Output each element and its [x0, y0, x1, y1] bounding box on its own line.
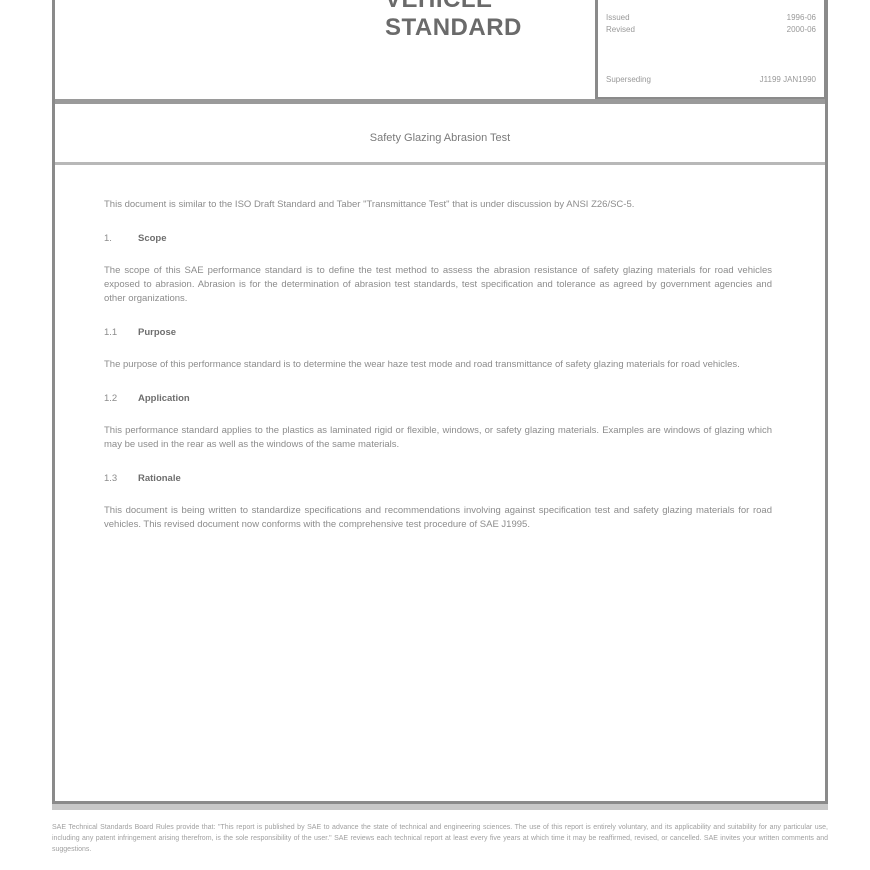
section-heading: 1.Scope	[104, 232, 772, 246]
legal-footer: SAE Technical Standards Board Rules prov…	[52, 822, 828, 855]
intro-paragraph: This document is similar to the ISO Draf…	[104, 198, 772, 212]
section-body: The purpose of this performance standard…	[104, 358, 772, 372]
standard-title: VEHICLE STANDARD	[385, 0, 522, 42]
document-body: This document is similar to the ISO Draf…	[104, 198, 772, 552]
section-body: This document is being written to standa…	[104, 504, 772, 532]
section-body: The scope of this SAE performance standa…	[104, 264, 772, 306]
frame-bottom-edge	[52, 804, 828, 810]
section-heading: 1.1Purpose	[104, 326, 772, 340]
document-title-band: Safety Glazing Abrasion Test	[55, 104, 825, 164]
title-line-2: STANDARD	[385, 14, 522, 42]
document-header: VEHICLE STANDARD Issued 1996-06 Revised …	[55, 0, 825, 100]
info-issued: Issued 1996-06	[606, 13, 816, 22]
title-divider	[55, 162, 825, 165]
info-revised: Revised 2000-06	[606, 25, 816, 34]
section-heading: 1.3Rationale	[104, 472, 772, 486]
title-line-1: VEHICLE	[385, 0, 522, 14]
document-info-box: Issued 1996-06 Revised 2000-06 Supersedi…	[595, 0, 827, 100]
info-superseding: Superseding J1199 JAN1990	[606, 75, 816, 84]
section-heading: 1.2Application	[104, 392, 772, 406]
section-body: This performance standard applies to the…	[104, 424, 772, 452]
document-title: Safety Glazing Abrasion Test	[55, 132, 825, 144]
